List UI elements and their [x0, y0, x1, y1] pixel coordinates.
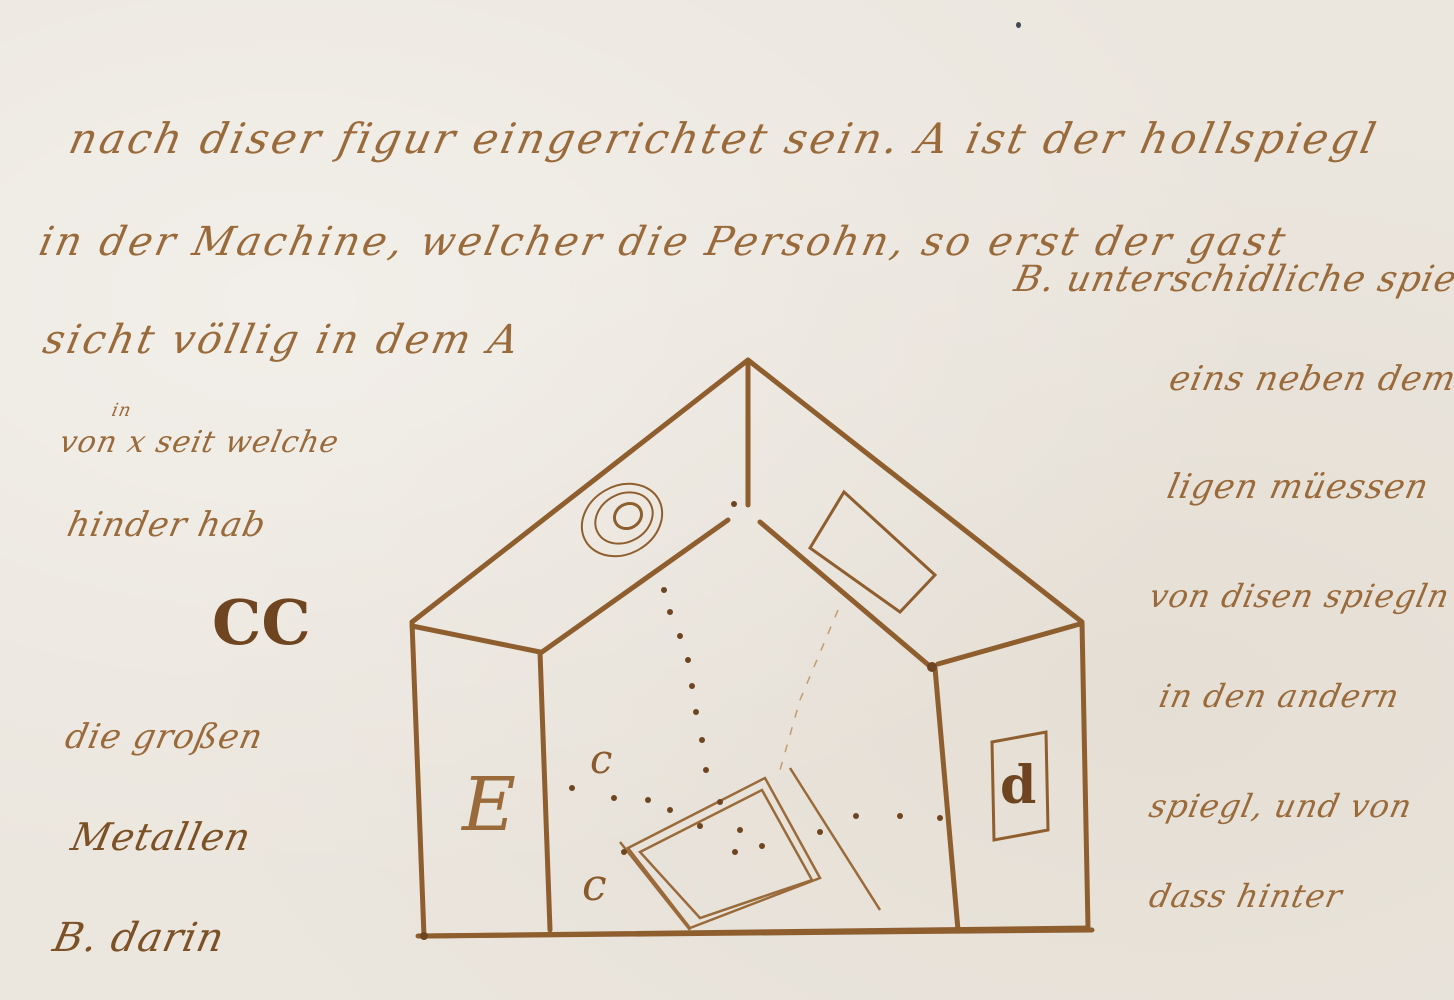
diagram-label-d: d	[1000, 760, 1036, 812]
diagram-label-E: E	[462, 768, 516, 842]
diagram-label-c-upper: c	[590, 740, 612, 780]
upper-right-mirror	[810, 492, 935, 612]
mirror-machine-diagram	[0, 0, 1454, 1000]
floor-mirror	[620, 768, 880, 930]
diagram-label-c-lower: c	[582, 864, 607, 908]
